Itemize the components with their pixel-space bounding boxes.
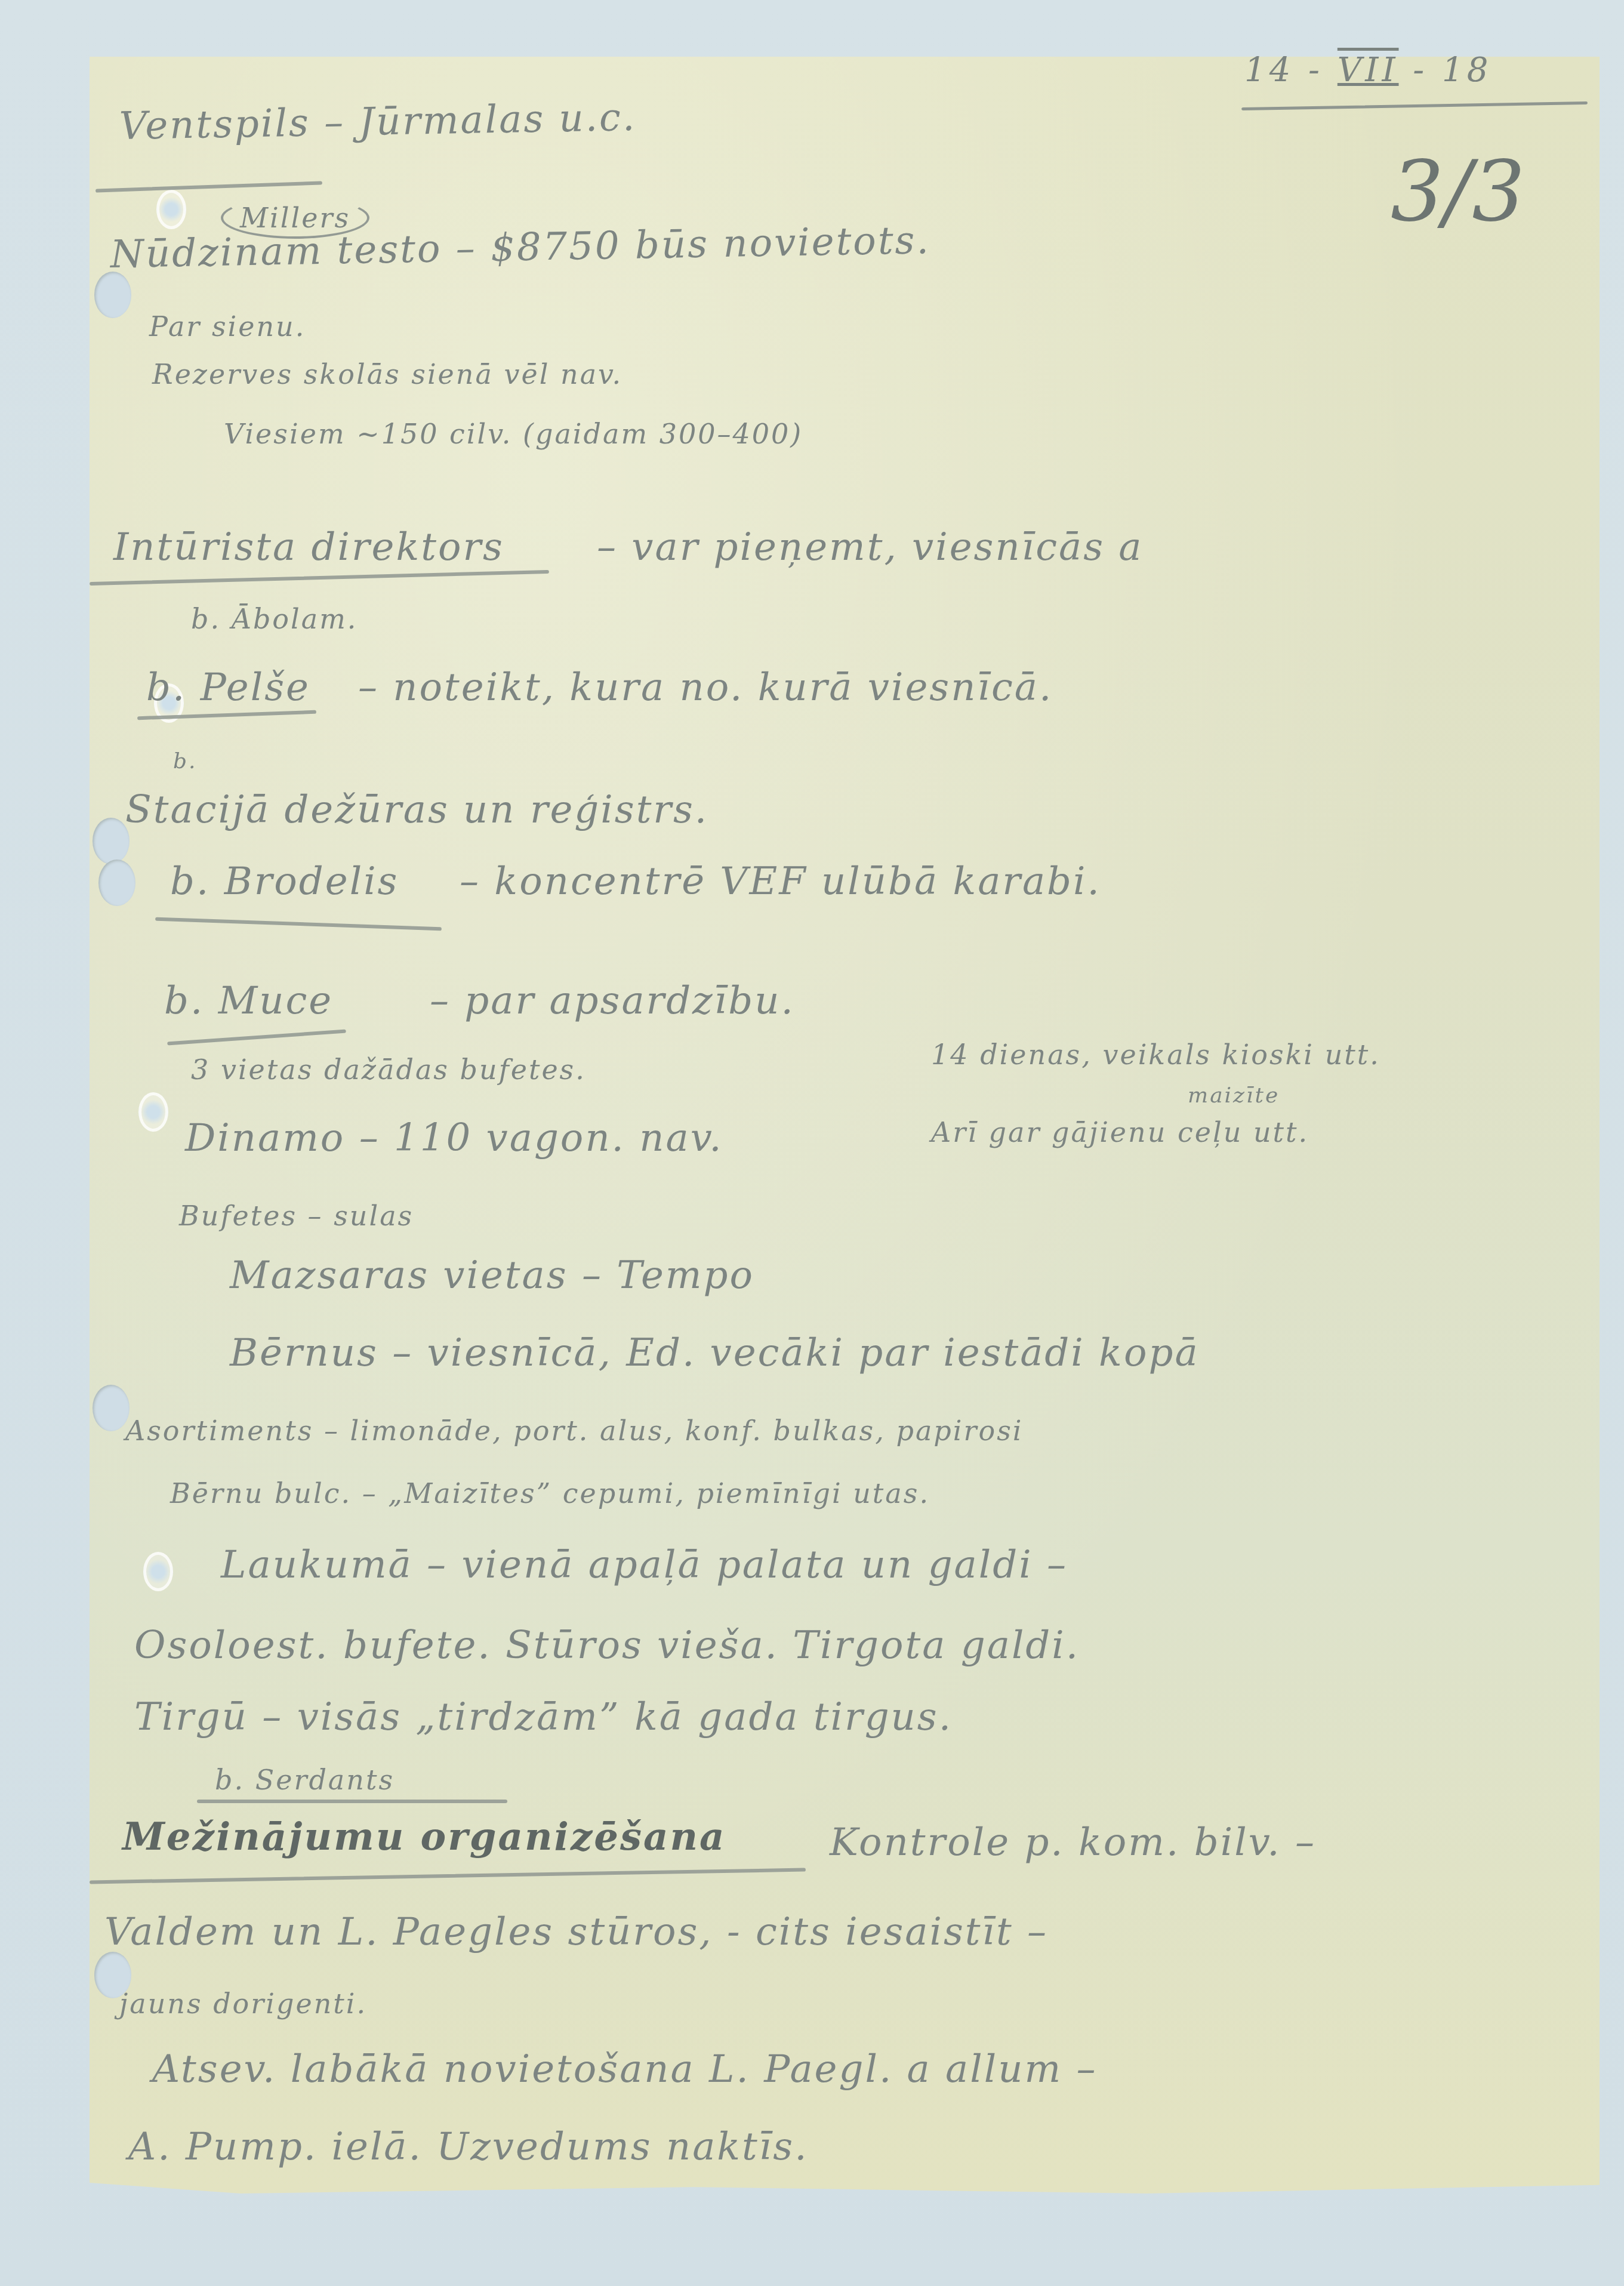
note-line: Bērnus – viesnīcā, Ed. vecāki par iestād… [230,1331,1200,1375]
note-line: Kontrole p. kom. bilv. – [830,1820,1316,1865]
page-number: 3/3 [1391,143,1525,241]
note-line: Dinamo – 110 vagon. nav. [185,1116,723,1160]
note-line: Valdem un L. Paegles stūros, - cits iesa… [104,1910,1048,1954]
note-line: 3 vietas dažādas bufetes. [191,1053,586,1086]
note-line: b. Ābolam. [191,603,358,635]
section-superscript: b. Serdants [215,1764,395,1796]
margin-note: b. [173,749,198,774]
note-line: Bērnu bulc. – „Maizītes” cepumi, piemīnī… [170,1477,930,1509]
date-month-roman: VII [1338,51,1399,90]
note-line: – var pieņemt, viesnīcās a [597,525,1143,569]
note-line: Tirgū – visās „tirdzām” kā gada tirgus. [134,1695,953,1739]
person-label: b. Brodelis [170,859,399,904]
note-line: 14 dienas, veikals kioski utt. [931,1039,1380,1071]
note-line: – par apsardzību. [430,979,795,1023]
note-line: Rezerves skolās sienā vēl nav. [152,358,623,390]
punch-hole [98,859,135,906]
superscript-underline [197,1800,507,1803]
note-line: Stacijā dežūras un reģistrs. [125,788,708,832]
note-line: A. Pump. ielā. Uzvedums naktīs. [128,2125,808,2169]
heading: Ventspils – Jūrmalas u.c. [119,95,636,149]
punch-hole [94,272,131,318]
person-label: b. Pelše [146,666,310,710]
note-line: Asortiments – limonāde, port. alus, konf… [125,1415,1023,1447]
punch-hole [93,818,130,864]
note-line: Par sienu. [149,310,306,343]
person-label: b. Muce [164,979,333,1023]
date-year: 18 [1442,51,1492,90]
note-line: Bufetes – sulas [179,1200,414,1232]
superscript-note: maizīte [1188,1083,1280,1108]
note-line: jauns dorigenti. [119,1988,367,2020]
note-line: – noteikt, kura no. kurā viesnīcā. [358,666,1053,710]
section-label: Mežinājumu organizēšana [122,1814,726,1859]
note-line: Viesiem ~150 cilv. (gaidam 300–400) [224,418,803,450]
note-line: Arī gar gājienu ceļu utt. [931,1116,1309,1148]
section-label: Intūrista direktors [113,525,504,569]
note-line: Laukumā – vienā apaļā palata un galdi – [221,1543,1068,1587]
punch-hole [93,1385,130,1431]
punch-hole-reinforced [138,1092,168,1132]
note-line: Osoloest. bufete. Stūros vieša. Tirgota … [134,1623,1080,1668]
punch-hole-reinforced [143,1552,173,1591]
note-line: Atsev. labākā novietošana L. Paegl. a al… [152,2047,1097,2091]
date-day: 14 [1244,51,1294,90]
punch-hole-reinforced [156,190,186,229]
note-line: Mazsaras vietas – Tempo [230,1253,754,1298]
note-line: – koncentrē VEF ulūbā karabi. [460,859,1101,904]
document-date: 14 - VII - 18 [1244,51,1492,90]
